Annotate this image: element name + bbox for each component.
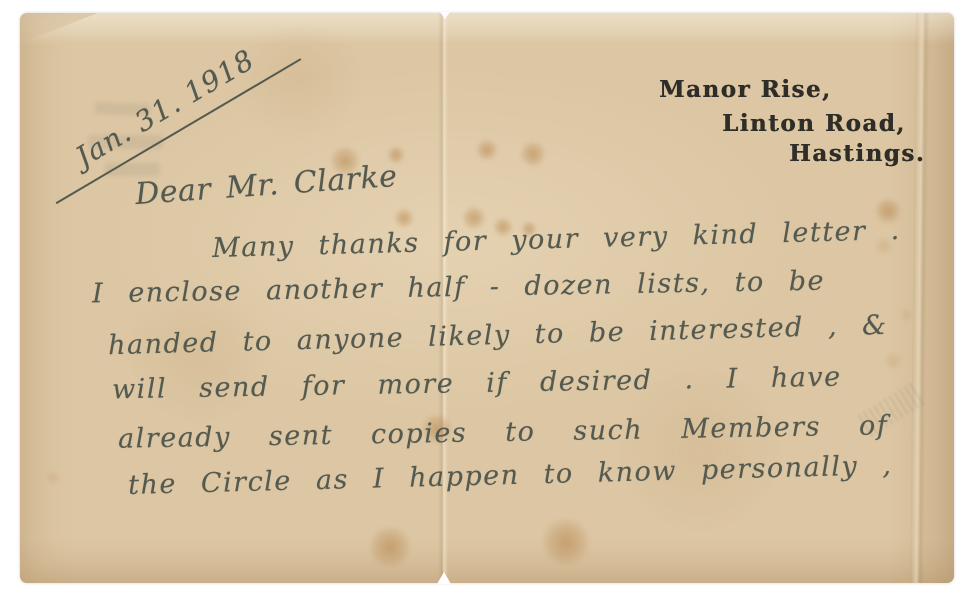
letterhead-line-2: Linton Road, [722, 110, 906, 137]
letter-photograph: Jan. 31. 1918 Manor Rise, Linton Road, H… [0, 0, 967, 600]
letterhead-line-1: Manor Rise, [659, 76, 832, 103]
foxing-stain [369, 526, 411, 568]
body-line-2: I enclose another half - dozen lists, to… [92, 266, 825, 310]
paper-top-fold-band [20, 13, 954, 43]
foxing-stain [394, 208, 414, 228]
foxing-stain [46, 471, 60, 485]
top-fold-notch [440, 12, 450, 19]
salutation: Dear Mr. Clarke [134, 159, 398, 212]
foxing-stain [476, 139, 498, 161]
bottom-fold-notch [437, 572, 451, 584]
letterhead-line-3: Hastings. [789, 140, 925, 167]
body-line-1: Many thanks for your very kind letter . [212, 215, 901, 264]
letter-paper: Jan. 31. 1918 Manor Rise, Linton Road, H… [20, 13, 954, 583]
foxing-stain [900, 309, 912, 321]
foxing-stain [520, 141, 546, 167]
body-line-6: the Circle as I happen to know personall… [128, 450, 893, 501]
foxing-stain [884, 352, 902, 370]
foxing-stain [542, 518, 590, 566]
right-fold-crease [910, 13, 930, 583]
